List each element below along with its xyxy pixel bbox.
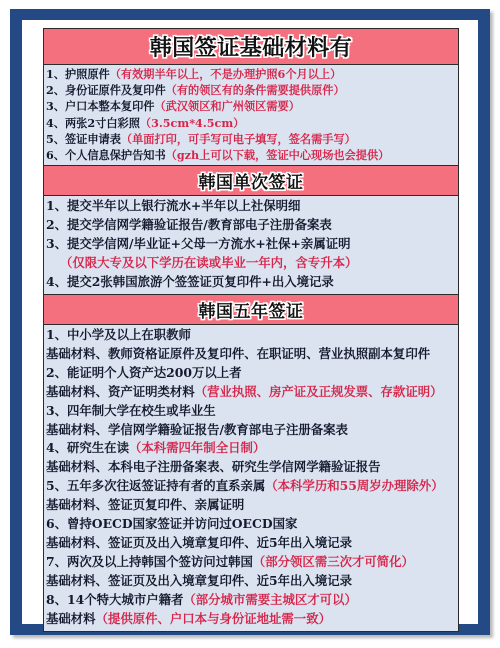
basic-materials-section: 1、护照原件（有效期半年以上，不是办理护照6个月以上）2、身份证原件及复印件（有… — [44, 65, 458, 165]
visa-materials-table: 韩国签证基础材料有 1、护照原件（有效期半年以上，不是办理护照6个月以上）2、身… — [43, 28, 459, 632]
item-note: （部分城市需要主城区才可以） — [183, 592, 356, 607]
list-item: 1、护照原件（有效期半年以上，不是办理护照6个月以上） — [46, 66, 458, 82]
list-item: 6、个人信息保护告知书（gzh上可以下载，签证中心现场也会提供） — [46, 147, 458, 163]
item-text: 5、签证申请表 — [46, 132, 121, 146]
single-visa-header: 韩国单次签证 — [44, 165, 458, 196]
item-text: 6、曾持OECD国家签证并访问过OECD国家 — [46, 516, 297, 531]
section-title: 韩国单次签证 — [199, 168, 304, 193]
item-text: 2、能证明个人资产达200万以上者 — [46, 365, 242, 380]
list-item: 1、中小学及以上在职教师 — [46, 326, 458, 345]
item-text: 4、提交2张韩国旅游个签签证页复印件+出入境记录 — [46, 274, 334, 289]
item-note: （本科需四年制全日制） — [129, 440, 265, 455]
item-text: 基础材料、签证页及出入境章复印件、近5年出入境记录 — [46, 535, 352, 550]
item-text: 基础材料 — [46, 611, 96, 626]
item-text: 2、提交学信网学籍验证报告/教育部电子注册备案表 — [46, 217, 332, 232]
item-note: （营业执照、房产证及正规发票、存款证明） — [195, 384, 443, 399]
item-text: 1、护照原件 — [46, 67, 110, 81]
item-note: （gzh上可以下载，签证中心现场也会提供） — [166, 148, 390, 162]
list-item: 5、签证申请表（单面打印，可手写可电子填写，签名需手写） — [46, 131, 458, 147]
item-text: 5、五年多次往返签证持有者的直系亲属 — [46, 478, 265, 493]
list-item: 4、两张2寸白彩照（3.5cm*4.5cm） — [46, 115, 458, 131]
item-text: 2、身份证原件及复印件 — [46, 83, 166, 97]
item-note: （部分领区需三次才可简化） — [253, 554, 414, 569]
item-note: （单面打印，可手写可电子填写，签名需手写） — [121, 132, 356, 146]
list-item: 4、提交2张韩国旅游个签签证页复印件+出入境记录 — [46, 273, 458, 292]
item-text: 基础材料、学信网学籍验证报告/教育部电子注册备案表 — [46, 422, 348, 437]
list-item: 基础材料、签证页及出入境章复印件、近5年出入境记录 — [46, 572, 458, 591]
list-item: 基础材料（提供原件、户口本与身份证地址需一致） — [46, 610, 458, 629]
item-text: 1、中小学及以上在职教师 — [46, 327, 191, 342]
page-title-header: 韩国签证基础材料有 — [44, 29, 458, 65]
item-text: 基础材料、签证页及出入境章复印件、近5年出入境记录 — [46, 573, 352, 588]
item-text: 7、两次及以上持韩国个签访问过韩国 — [46, 554, 253, 569]
list-item: 2、提交学信网学籍验证报告/教育部电子注册备案表 — [46, 216, 458, 235]
item-text: 基础材料、资产证明类材料 — [46, 384, 195, 399]
list-item: 基础材料、本科电子注册备案表、研究生学信网学籍验证报告 — [46, 458, 458, 477]
list-item: 1、提交半年以上银行流水+半年以上社保明细 — [46, 197, 458, 216]
list-item: 基础材料、教师资格证原件及复印件、在职证明、营业执照副本复印件 — [46, 345, 458, 364]
page-title: 韩国签证基础材料有 — [150, 31, 353, 62]
list-item: 6、曾持OECD国家签证并访问过OECD国家 — [46, 515, 458, 534]
item-note: （本科学历和55周岁办理除外） — [265, 478, 443, 493]
list-item: 8、14个特大城市户籍者（部分城市需要主城区才可以） — [46, 591, 458, 610]
list-item: 3、户口本整本复印件（武汉领区和广州领区需要） — [46, 98, 458, 114]
item-text: 6、个人信息保护告知书 — [46, 148, 166, 162]
item-text: 1、提交半年以上银行流水+半年以上社保明细 — [46, 198, 300, 213]
list-item: 4、研究生在读（本科需四年制全日制） — [46, 439, 458, 458]
five-year-visa-header: 韩国五年签证 — [44, 294, 458, 325]
item-note: （仅限大专及以下学历在读或毕业一年内，含专升本） — [60, 255, 357, 270]
item-text: 3、户口本整本复印件 — [46, 99, 154, 113]
list-item: 2、能证明个人资产达200万以上者 — [46, 364, 458, 383]
list-item: 基础材料、签证页及出入境章复印件、近5年出入境记录 — [46, 534, 458, 553]
list-item: 基础材料、签证页复印件、亲属证明 — [46, 496, 458, 515]
item-note: （武汉领区和广州领区需要） — [154, 99, 299, 113]
five-year-visa-section: 1、中小学及以上在职教师基础材料、教师资格证原件及复印件、在职证明、营业执照副本… — [44, 325, 458, 631]
item-text: 3、提交学信网/毕业证+父母一方流水+社保+亲属证明 — [46, 236, 351, 251]
item-note: （3.5cm*4.5cm） — [140, 116, 244, 130]
single-visa-section: 1、提交半年以上银行流水+半年以上社保明细2、提交学信网学籍验证报告/教育部电子… — [44, 196, 458, 294]
item-text: 基础材料、教师资格证原件及复印件、在职证明、营业执照副本复印件 — [46, 346, 430, 361]
item-text: 8、14个特大城市户籍者 — [46, 592, 183, 607]
list-item: 2、身份证原件及复印件（有的领区有的条件需要提供原件） — [46, 82, 458, 98]
list-item: 5、五年多次往返签证持有者的直系亲属（本科学历和55周岁办理除外） — [46, 477, 458, 496]
section-title: 韩国五年签证 — [199, 297, 304, 322]
item-text: 3、四年制大学在校生或毕业生 — [46, 403, 216, 418]
list-item: 3、提交学信网/毕业证+父母一方流水+社保+亲属证明 — [46, 235, 458, 254]
item-text: 4、两张2寸白彩照 — [46, 116, 140, 130]
list-item: 基础材料、资产证明类材料（营业执照、房产证及正规发票、存款证明） — [46, 383, 458, 402]
list-item: 基础材料、学信网学籍验证报告/教育部电子注册备案表 — [46, 421, 458, 440]
list-item: 7、两次及以上持韩国个签访问过韩国（部分领区需三次才可简化） — [46, 553, 458, 572]
item-text: 4、研究生在读 — [46, 440, 129, 455]
item-note: （有效期半年以上，不是办理护照6个月以上） — [110, 67, 342, 81]
item-text: 基础材料、本科电子注册备案表、研究生学信网学籍验证报告 — [46, 459, 381, 474]
list-item: 3、四年制大学在校生或毕业生 — [46, 402, 458, 421]
list-item: （仅限大专及以下学历在读或毕业一年内，含专升本） — [46, 254, 458, 273]
item-text: 基础材料、签证页复印件、亲属证明 — [46, 497, 244, 512]
item-note: （有的领区有的条件需要提供原件） — [166, 83, 345, 97]
item-note: （提供原件、户口本与身份证地址需一致） — [96, 611, 331, 626]
